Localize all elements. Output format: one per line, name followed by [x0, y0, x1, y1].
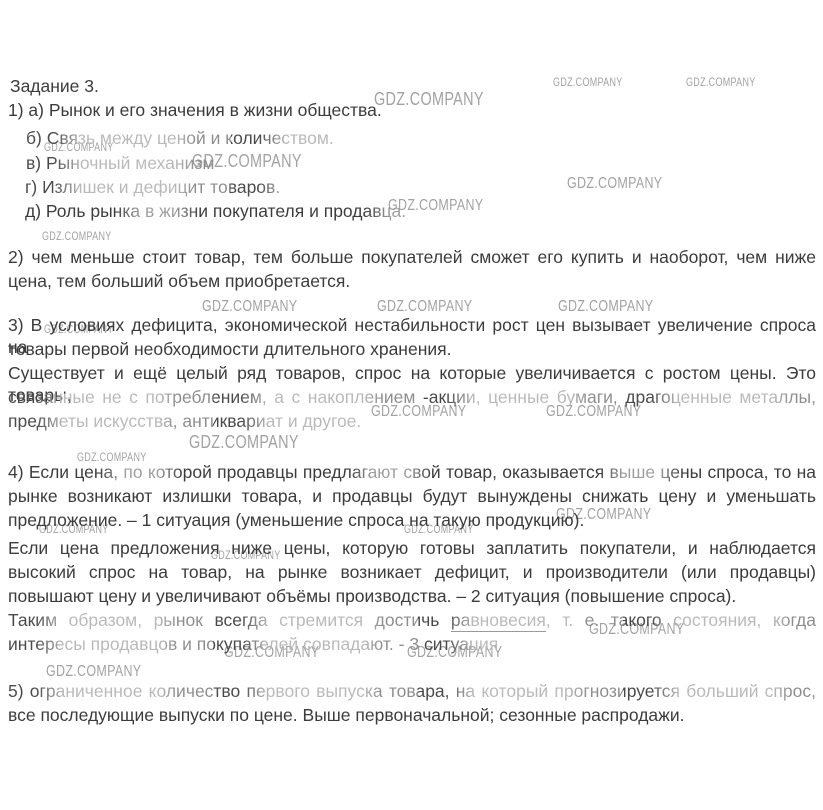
answer-line-4-3: предложение. – 1 ситуация (уменьшение сп…	[8, 509, 584, 531]
watermark: GDZ.COMPANY	[189, 431, 299, 453]
answer-line-4-6: повышают цену и увеличивают объёмы произ…	[8, 585, 736, 607]
answer-line-1b: б) Связь между ценой и количеством.	[26, 127, 334, 149]
answer-line-2-2: цена, тем больший объем приобретается.	[8, 270, 350, 292]
answer-line-4-4: Если цена предложения ниже цены, которую…	[8, 537, 816, 559]
answer-line-1g: г) Излишек и дефицит товаров.	[25, 176, 280, 198]
answer-line-1a: 1) а) Рынок и его значения в жизни общес…	[8, 99, 382, 121]
answer-page: GDZ.COMPANY GDZ.COMPANY GDZ.COMPANY GDZ.…	[0, 0, 823, 810]
answer-line-2-1: 2) чем меньше стоит товар, тем больше по…	[8, 246, 816, 268]
answer-line-3-4: связанные не с потреблением, а с накопле…	[8, 386, 816, 408]
answer-line-4-1: 4) Если цена, по которой продавцы предла…	[8, 461, 816, 483]
watermark: GDZ.COMPANY	[46, 663, 141, 681]
answer-line-5-2: все последующие выпуски по цене. Выше пе…	[8, 704, 684, 726]
line-4-7-post: , т. е. такого состояния, когда	[546, 610, 816, 630]
answer-line-4-7: Таким образом, рынок всегда стремится до…	[8, 609, 816, 631]
answer-line-1d: д) Роль рынка в жизни покупателя и прода…	[25, 200, 406, 222]
answer-line-3-2: товары первой необходимости длительного …	[8, 338, 451, 360]
answer-line-4-2: рынке возникают излишки товара, и продав…	[8, 485, 816, 507]
answer-line-4-5: высокий спрос на товар, на рынке возника…	[8, 561, 816, 583]
underlined-word: равновесия	[451, 610, 546, 632]
answer-line-5-1: 5) ограниченное количество первого выпус…	[8, 680, 816, 702]
line-4-7-pre: Таким образом, рынок всегда стремится до…	[8, 610, 451, 630]
answer-line-3-5: предметы искусства, антиквариат и другое…	[8, 410, 361, 432]
watermark: GDZ.COMPANY	[42, 231, 112, 243]
answer-line-1v: в) Рыночный механизм	[26, 152, 214, 174]
watermark: GDZ.COMPANY	[553, 77, 623, 89]
watermark: GDZ.COMPANY	[374, 88, 484, 110]
task-title: Задание 3.	[10, 75, 99, 97]
watermark: GDZ.COMPANY	[567, 175, 662, 193]
answer-line-4-8: интересы продавцов и покупателей совпада…	[8, 633, 498, 655]
watermark: GDZ.COMPANY	[686, 77, 756, 89]
